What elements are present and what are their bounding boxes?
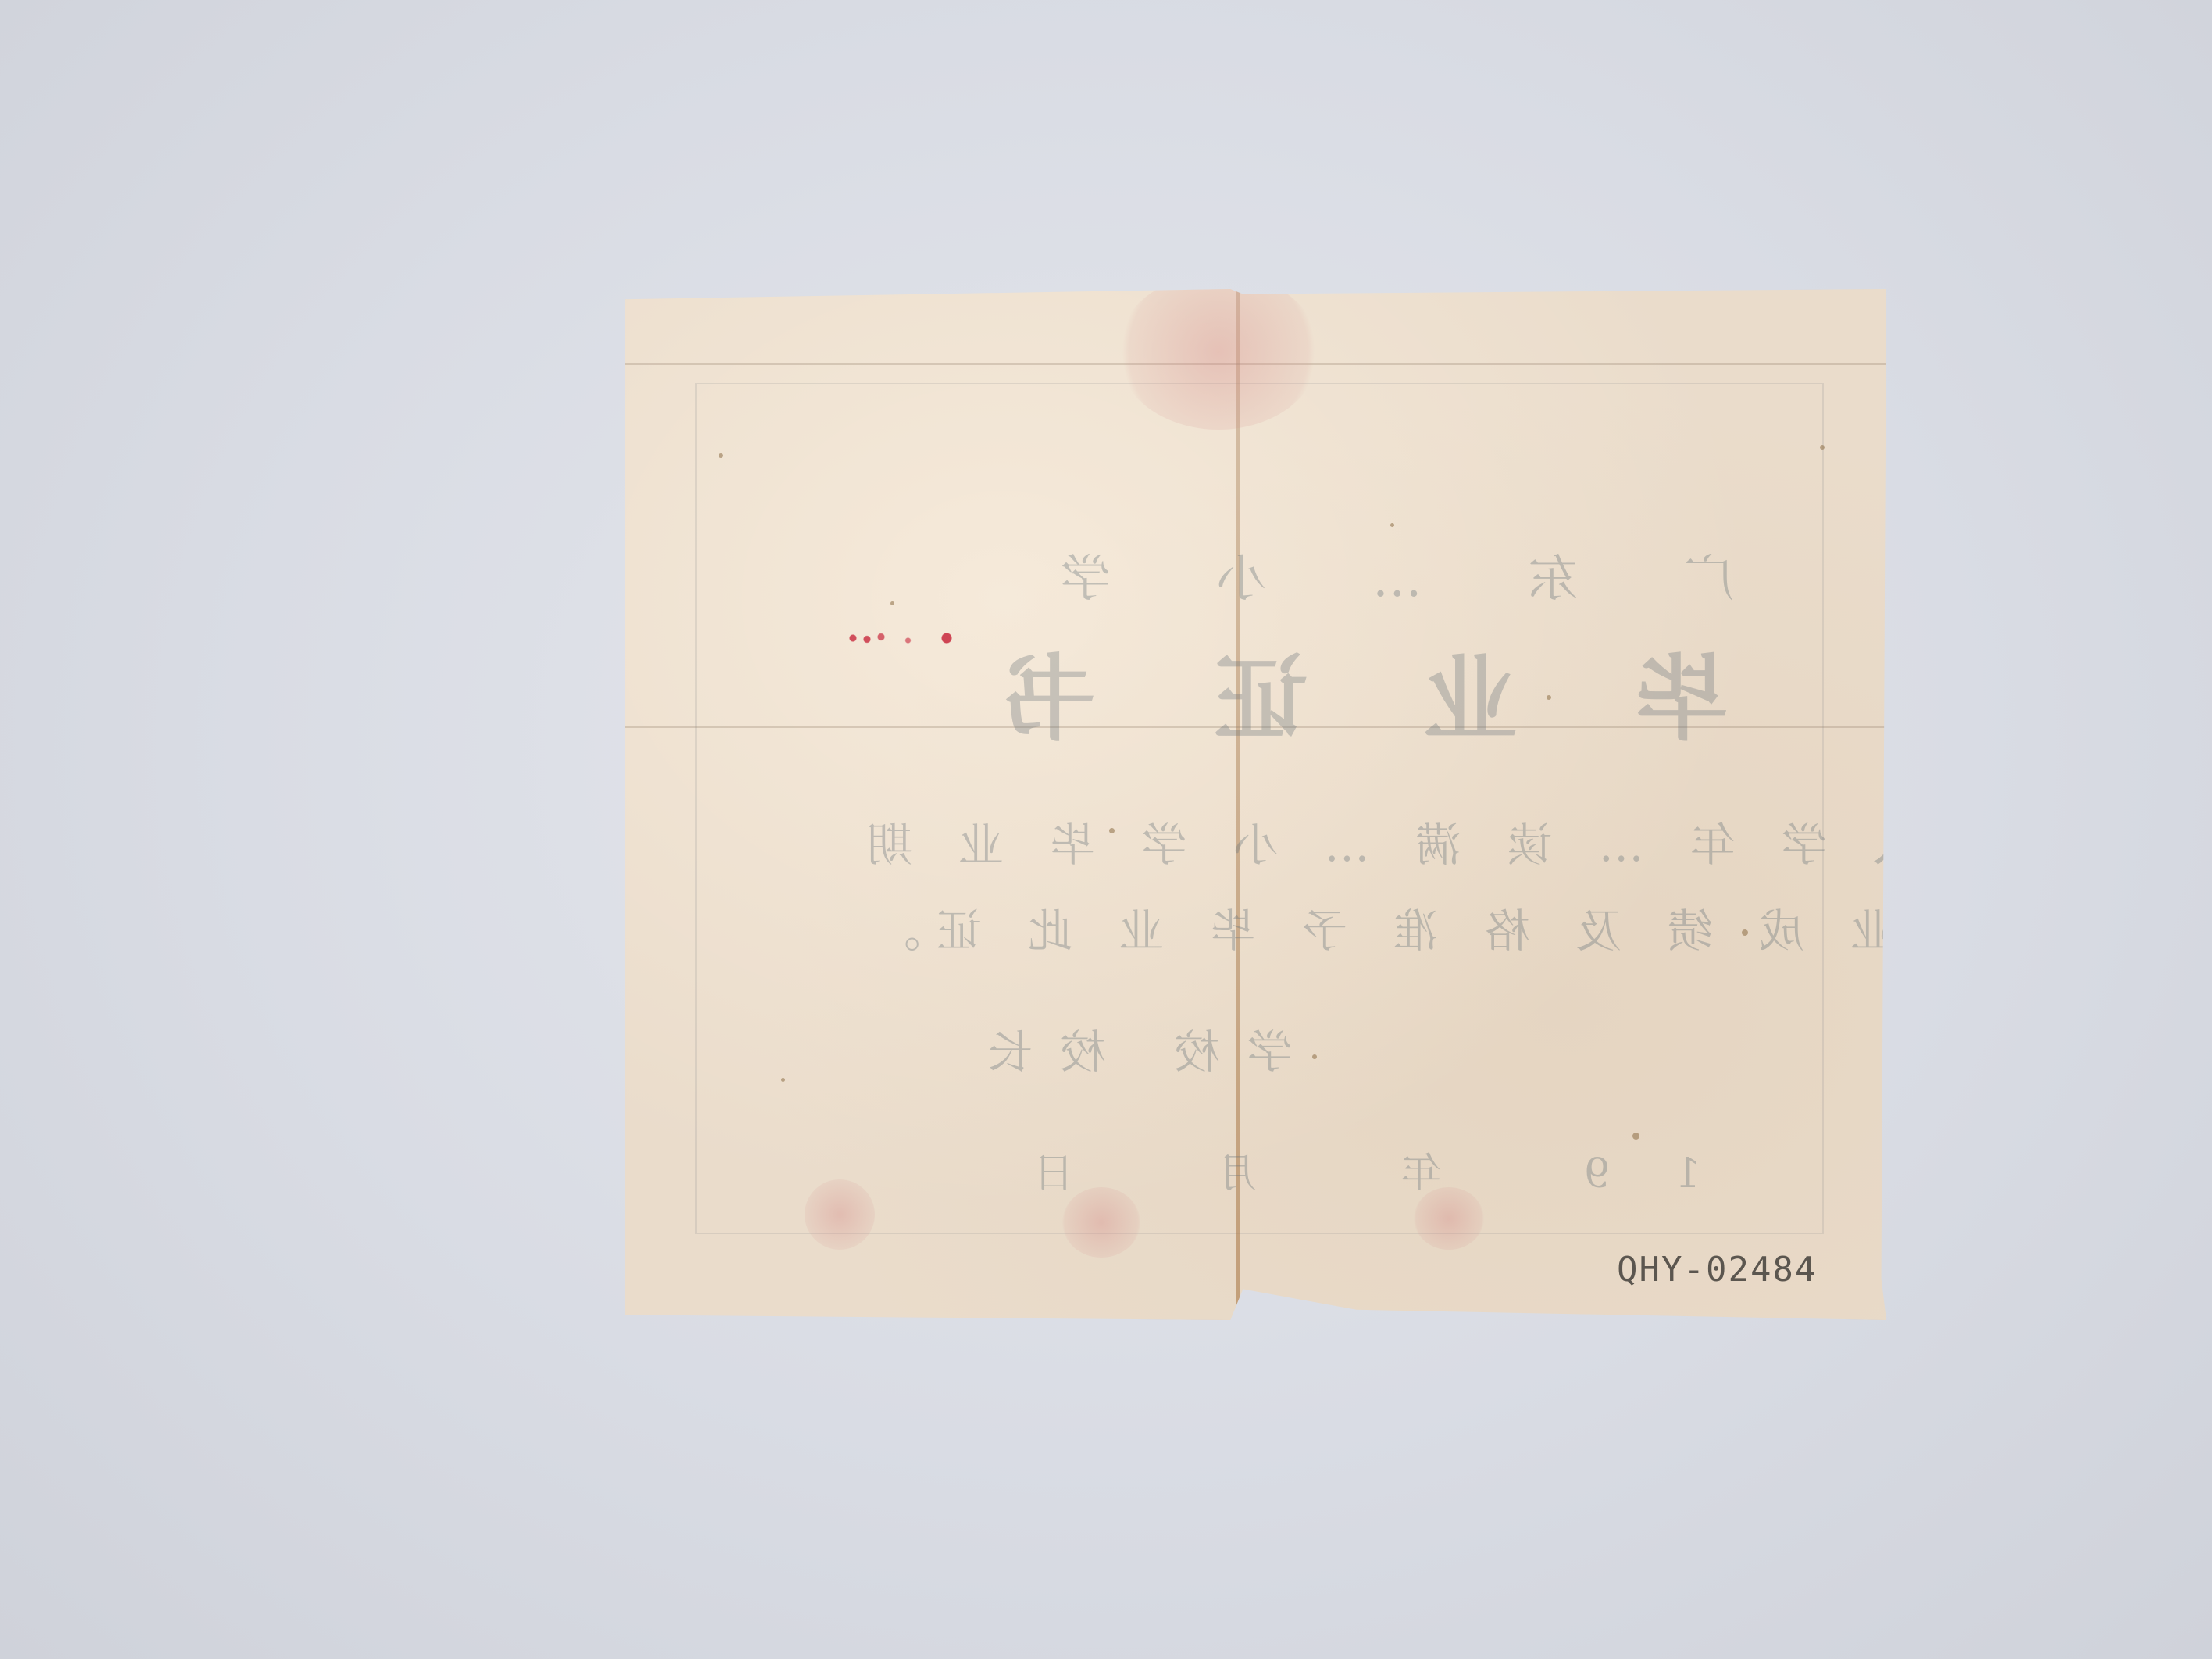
paper-speck (781, 1078, 785, 1082)
certificate-title: 毕 业 证 书 (961, 625, 1729, 759)
paper-speck (1109, 828, 1115, 833)
paper-speck (1632, 1133, 1639, 1140)
date-line: 19 年 月 日 (969, 1140, 1700, 1199)
paper-speck (1312, 1054, 1317, 1059)
school-name-text: 广 东 … 小 学 (1015, 539, 1734, 611)
catalog-number-label: QHY-02484 (1617, 1250, 1817, 1290)
body-text-line-2: 满 学 业 成 绩 及 格 准 予 毕 业 此 证。 (859, 894, 2078, 960)
paper-speck (1390, 523, 1394, 527)
paper-speck (890, 601, 894, 605)
paper-speck (1820, 445, 1825, 450)
paper-speck (719, 453, 723, 458)
paper-speck (1742, 929, 1748, 936)
paper-speck (1547, 695, 1551, 700)
red-ink-dots (844, 626, 961, 650)
red-seal-faded (1117, 273, 1320, 430)
red-seal-mark (805, 1179, 875, 1250)
body-text-line-1: 入 学 年 … 读 满 … 小 学 毕 业 期 (851, 808, 1918, 874)
signature-line: 学校 校长 (961, 1015, 1292, 1081)
certificate-paper: 广 东 … 小 学 毕 业 证 书 入 学 年 … 读 满 … 小 学 毕 业 … (625, 289, 1886, 1320)
